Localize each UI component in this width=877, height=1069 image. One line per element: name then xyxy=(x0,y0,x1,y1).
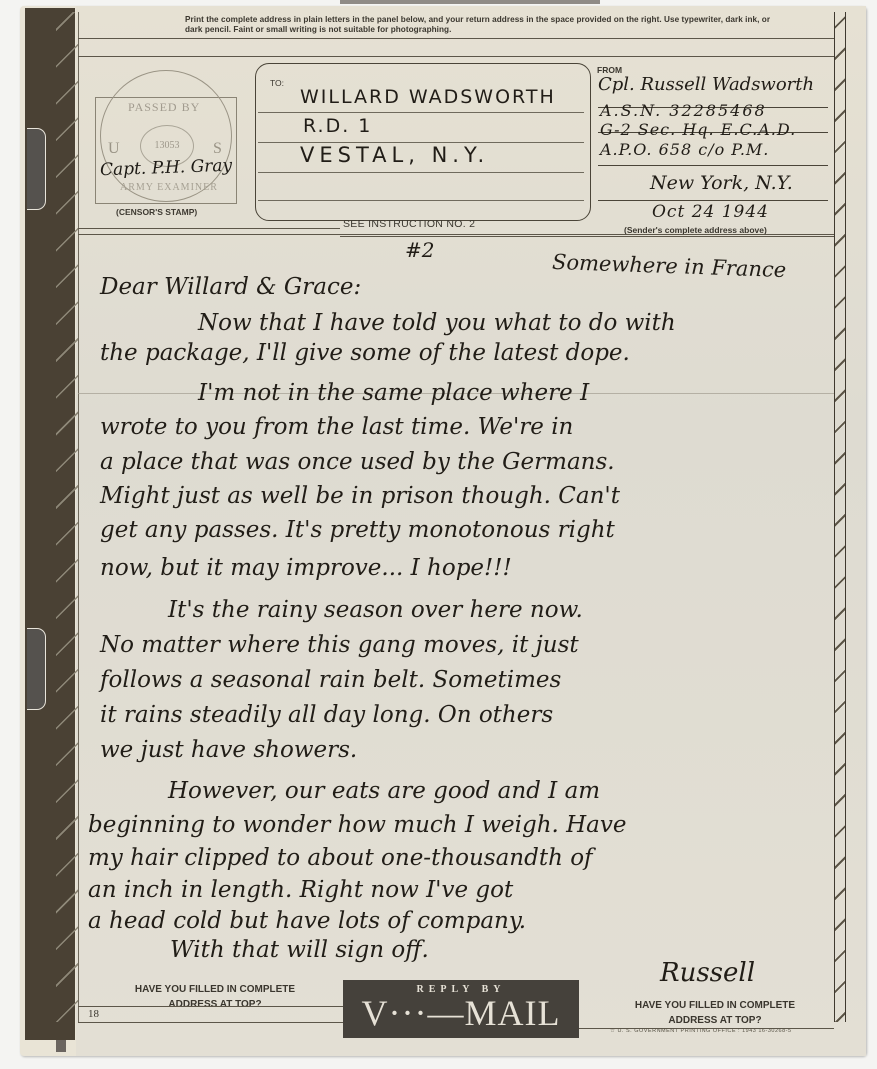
reminder-line-1: HAVE YOU FILLED IN COMPLETE xyxy=(600,998,830,1013)
letter-line: the package, I'll give some of the lates… xyxy=(100,338,630,368)
top-edge-bar xyxy=(340,0,600,4)
footer-rule xyxy=(78,1006,343,1007)
letter-line: an inch in length. Right now I've got xyxy=(88,875,513,905)
letter-line: a place that was once used by the German… xyxy=(100,447,615,477)
letter-line: we just have showers. xyxy=(100,735,357,765)
reminder-line-2: ADDRESS AT TOP? xyxy=(600,1013,830,1028)
letter-line: a head cold but have lots of company. xyxy=(88,906,526,936)
binder-tab-bottom xyxy=(27,628,46,710)
letter-line: beginning to wonder how much I weigh. Ha… xyxy=(88,810,627,840)
censor-stamp-label: (CENSOR'S STAMP) xyxy=(116,207,197,217)
sender-city: New York, N.Y. xyxy=(650,172,793,194)
vmail-banner: REPLY BY V···—MAIL xyxy=(343,980,579,1038)
sender-serial: A.S.N. 32285468 xyxy=(600,101,767,120)
footer-rule-2 xyxy=(78,1022,343,1023)
letter-line: Might just as well be in prison though. … xyxy=(100,481,620,511)
sender-apo: A.P.O. 658 c/o P.M. xyxy=(600,140,769,159)
strip-foot xyxy=(56,1040,66,1052)
reminder-line-2: ADDRESS AT TOP? xyxy=(100,997,330,1012)
page-number: 18 xyxy=(88,1008,99,1020)
letter-date: Oct 24 1944 xyxy=(652,202,769,222)
see-instruction-label: SEE INSTRUCTION NO. 2 xyxy=(343,218,475,230)
divider-rule-2 xyxy=(78,234,834,235)
divider-rule xyxy=(78,228,340,229)
footer-address-reminder-left: HAVE YOU FILLED IN COMPLETE ADDRESS AT T… xyxy=(100,982,330,1012)
header-rule-2 xyxy=(78,56,834,57)
printer-mark: ☆ U. S. GOVERNMENT PRINTING OFFICE : 194… xyxy=(610,1028,792,1034)
salutation: Dear Willard & Grace: xyxy=(100,272,361,302)
recipient-name: WILLARD WADSWORTH xyxy=(300,86,556,108)
header-rule xyxy=(78,38,834,39)
address-line xyxy=(258,200,584,201)
letter-line: now, but it may improve... I hope!!! xyxy=(100,553,512,583)
censor-stamp-bottom-text: ARMY EXAMINER xyxy=(120,182,218,193)
address-line xyxy=(258,112,584,113)
letter-line: it rains steadily all day long. On other… xyxy=(100,700,553,730)
letter-line: No matter where this gang moves, it just xyxy=(100,630,579,660)
address-line xyxy=(258,172,584,173)
censor-stamp-u: U xyxy=(108,140,120,158)
printed-instructions: Print the complete address in plain lett… xyxy=(185,15,785,35)
binder-tab-top xyxy=(27,128,46,210)
letter-line: follows a seasonal rain belt. Sometimes xyxy=(100,665,561,695)
vmail-logo: V···—MAIL xyxy=(343,995,579,1031)
sender-name: Cpl. Russell Wadsworth xyxy=(598,74,814,95)
letter-line: wrote to you from the last time. We're i… xyxy=(100,412,573,442)
divider-rule-3 xyxy=(340,236,834,237)
letter-line: get any passes. It's pretty monotonous r… xyxy=(100,515,615,545)
from-line xyxy=(598,165,828,166)
recipient-street: R.D. 1 xyxy=(303,115,372,137)
letter-signature: Russell xyxy=(660,958,755,988)
letter-line: It's the rainy season over here now. xyxy=(168,595,583,625)
left-hatched-border xyxy=(56,12,79,1022)
letter-line: I'm not in the same place where I xyxy=(198,378,589,408)
letter-line: my hair clipped to about one-thousandth … xyxy=(88,843,593,873)
letter-line: With that will sign off. xyxy=(170,935,429,965)
censor-stamp-top-text: PASSED BY xyxy=(128,100,200,115)
to-label: TO: xyxy=(270,78,284,88)
footer-address-reminder-right: HAVE YOU FILLED IN COMPLETE ADDRESS AT T… xyxy=(600,998,830,1028)
from-line xyxy=(598,200,828,201)
sender-unit: G-2 Sec. Hq. E.C.A.D. xyxy=(600,120,796,139)
letter-line: However, our eats are good and I am xyxy=(168,776,600,806)
reminder-line-1: HAVE YOU FILLED IN COMPLETE xyxy=(100,982,330,997)
letter-number: #2 xyxy=(405,238,434,262)
right-hatched-border xyxy=(834,12,846,1022)
letter-line: Now that I have told you what to do with xyxy=(198,308,676,338)
recipient-city: VESTAL, N.Y. xyxy=(300,143,489,167)
